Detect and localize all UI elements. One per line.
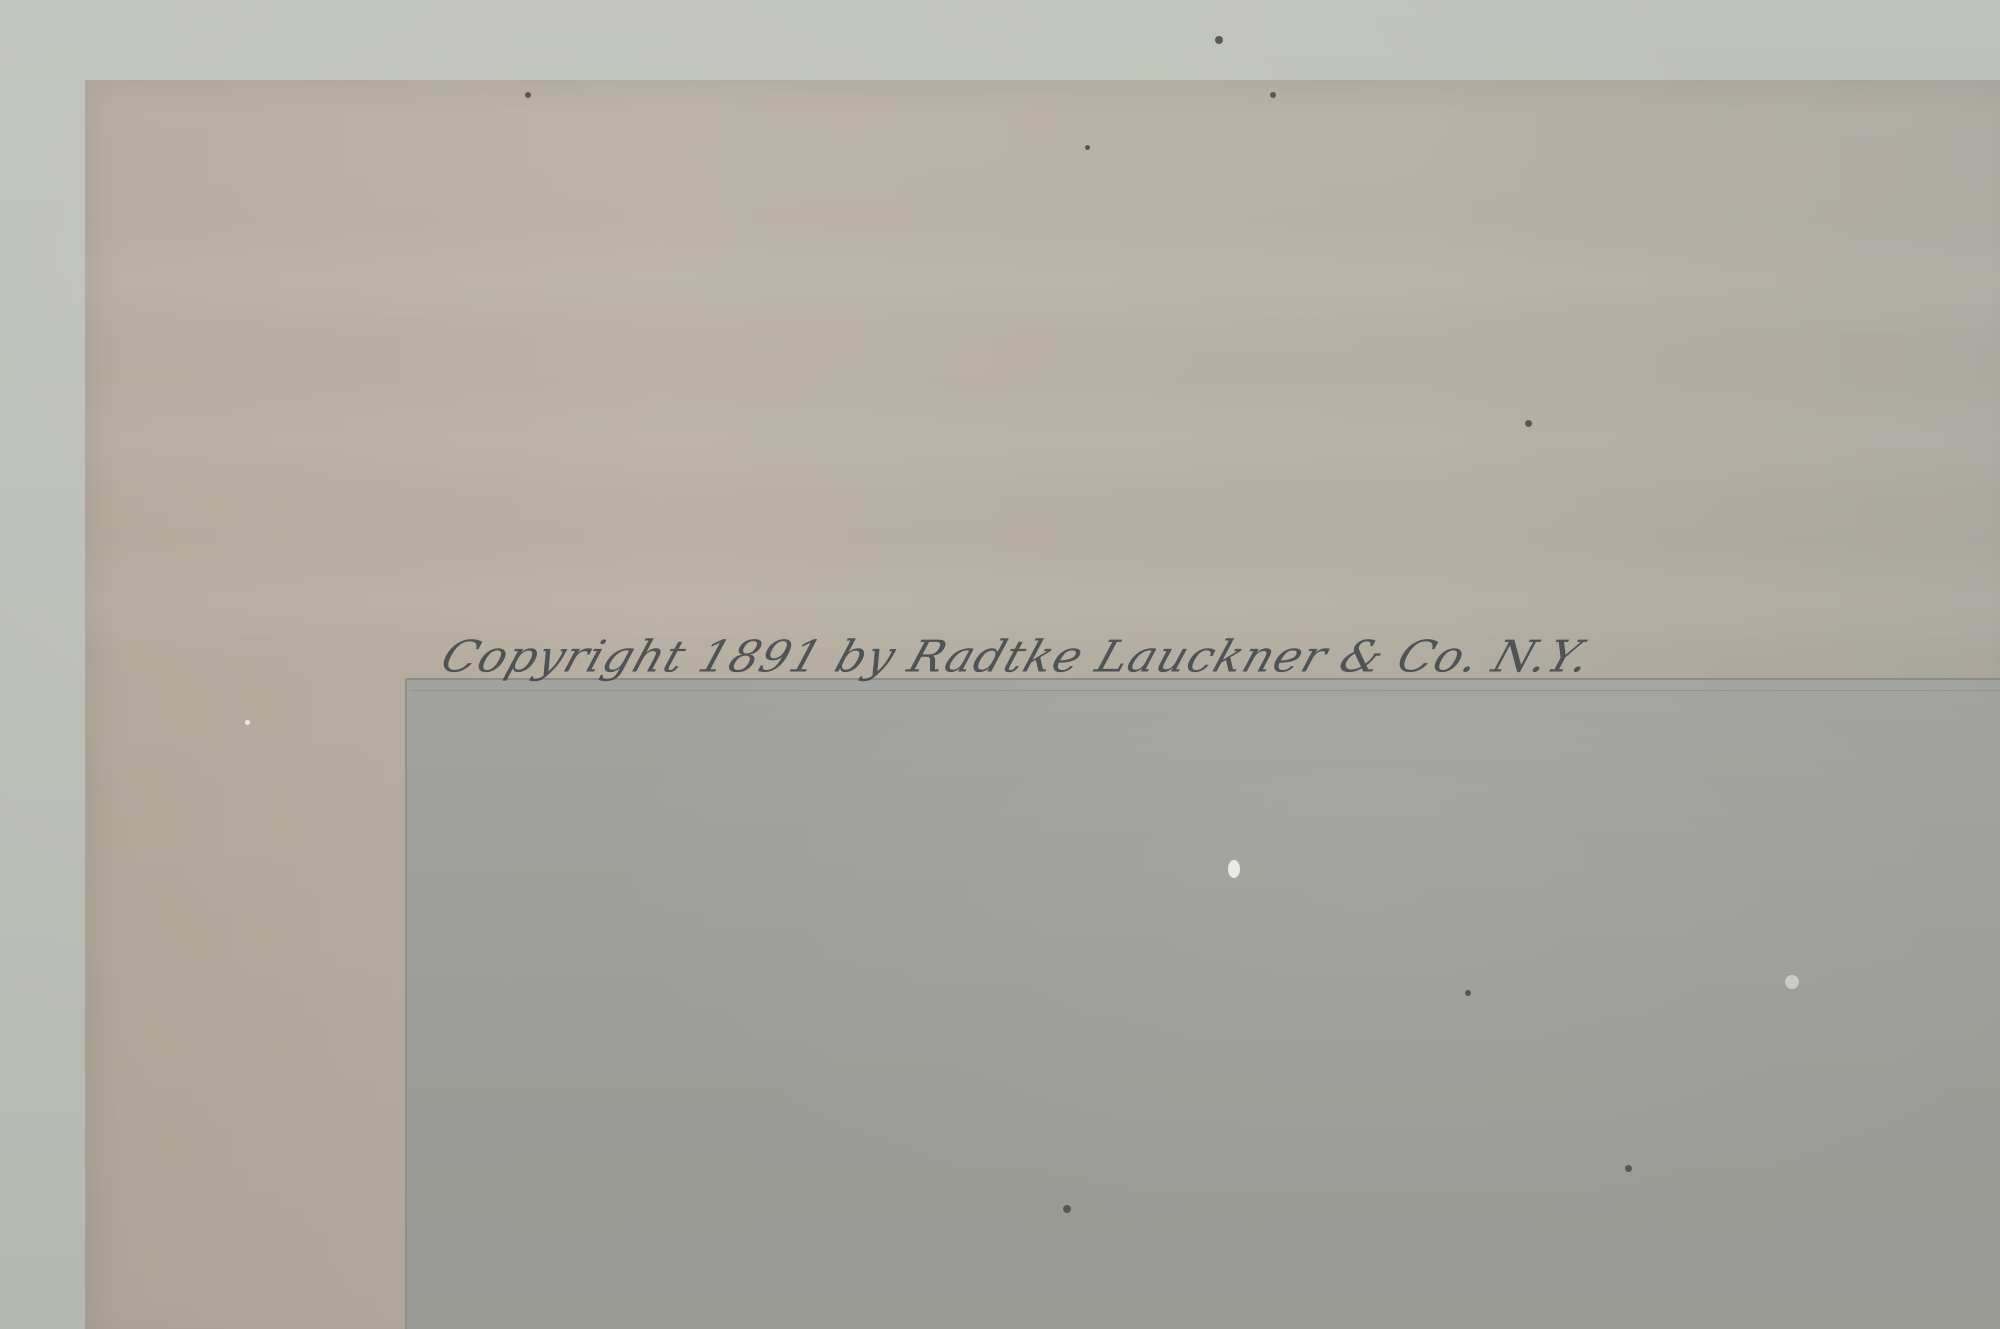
copyright-caption: Copyright 1891 by Radtke Lauckner & Co. … bbox=[435, 631, 1652, 682]
paper-light-band bbox=[85, 380, 2000, 500]
paper-speck bbox=[525, 92, 531, 98]
paper-speck bbox=[1465, 990, 1471, 996]
paper-speck bbox=[1270, 92, 1276, 98]
plate-mark-line bbox=[410, 690, 2000, 691]
paper-speck bbox=[1063, 1205, 1071, 1213]
paper-speck bbox=[1525, 420, 1532, 427]
paper-light-blemish bbox=[1785, 975, 1799, 989]
paper-speck bbox=[1215, 36, 1223, 44]
paper-light-blemish bbox=[245, 720, 250, 725]
paper-light-band bbox=[85, 220, 2000, 340]
engraved-plate-area bbox=[405, 678, 2000, 1329]
paper-speck bbox=[1085, 145, 1090, 150]
paper-speck bbox=[1625, 1165, 1632, 1172]
paper-light-blemish bbox=[1228, 860, 1240, 878]
